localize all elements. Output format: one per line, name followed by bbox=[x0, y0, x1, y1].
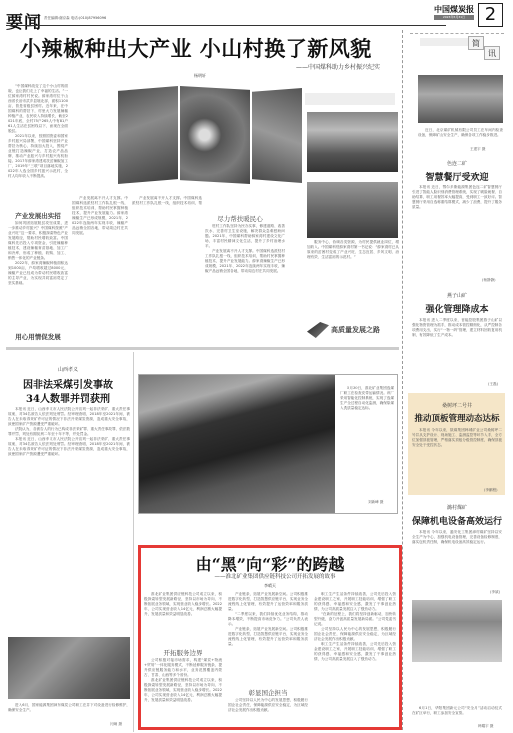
conveyor-photo bbox=[139, 375, 335, 513]
brief-kicker: 燕子山矿 bbox=[410, 292, 504, 299]
brief-title: 强化管理降成本 bbox=[410, 302, 504, 315]
caption: 近日，北京煤矿机械有限公司员工在车间内检查设备，保障矿山安全生产，确保各项工作稳… bbox=[418, 128, 503, 138]
ceremony-photo bbox=[412, 600, 502, 662]
brief-heading-char1: 简 bbox=[468, 36, 484, 50]
series-logo-text: 高质量发展之路 bbox=[331, 325, 380, 335]
paragraph: “在新的征程上，我们将坚持创新驱动，加快转型升级，奋力开创高质量发展新局面。”公… bbox=[314, 612, 396, 627]
story-headline: 因非法采煤引发事故 bbox=[6, 376, 130, 391]
paragraph: 职工生产生活条件持续改善，公司先后投入资金建设职工之家，开展职工技能培训，增强了… bbox=[314, 592, 396, 612]
livestock-photo bbox=[307, 182, 398, 238]
brief-author: (王磊) bbox=[488, 382, 498, 387]
feature-col1: 淮北矿业集团供应链科技公司成立以来，积极探索转型发展新路径，坚持以市场为导向，不… bbox=[144, 592, 222, 644]
caption: 5月30日，淮北矿业集团选煤厂职工在检查皮带运输情况。该厂采用智能化控制系统，实… bbox=[340, 386, 394, 411]
photo-credit: 韩耀宇 摄 bbox=[478, 724, 494, 729]
paragraph: 驻村工作队坚持为民办实事，修建道路、改善饮水、完善村卫生室设施，解决群众急难愁盼… bbox=[205, 224, 285, 249]
paragraph: 本报讯 今年以来，陕煤集团韩城矿业公司桑树坪二号井从支护设计、现场施工、监测监控… bbox=[412, 428, 502, 448]
paragraph: 本报讯 今年以来，潞安化工集团漳村煤矿坚持以安全生产为中心，加强机电设备管理，完… bbox=[412, 530, 502, 545]
paragraph: 产业链条，拓展产业发展新空间。公司积极推进数字化转型，打造智慧供应链平台，实现业… bbox=[228, 627, 308, 647]
lead-col2-text: 产业发展离不开人才支撑。中国煤科选派驻村工作队扎根一线，组织技术培训，帮助村民掌… bbox=[72, 196, 128, 346]
paragraph: 服务中心，协调各类资源，为村民提供就业岗位，增加收入。中国煤科驻薛家湾村第一书记… bbox=[307, 240, 399, 260]
ceremony-caption: 6月1日，华阳集团新元公司“安全月”活动启动仪式在矿区举行，职工参加安全宣誓。 bbox=[412, 706, 502, 724]
paragraph: 产业发展离不开人才支撑。中国煤科选派驻村工作队扎根一线，组织技术培训，帮助村民掌… bbox=[72, 196, 128, 236]
brief-author: (李鹏程) bbox=[484, 488, 498, 493]
chili-photo-left bbox=[118, 86, 178, 184]
brief-body: 本报讯 今年以来，陕煤集团韩城矿业公司桑树坪二号井从支护设计、现场施工、监测监控… bbox=[412, 428, 502, 490]
brief-author: (杨静静) bbox=[482, 278, 496, 283]
paragraph: 公司积极对接市场需求，构建“煤炭+物流+贸易”一体化服务模式，不断延伸服务链条，… bbox=[144, 658, 222, 678]
photo-credit: 闫炯 摄 bbox=[110, 722, 122, 727]
maintenance-photo bbox=[8, 637, 130, 699]
villager-photo bbox=[180, 86, 250, 184]
feature-col1b: 公司积极对接市场需求，构建“煤炭+物流+贸易”一体化服务模式，不断延伸服务链条，… bbox=[144, 658, 222, 726]
paragraph: 本报讯 进入二季度以来，晋能控股集团燕子山矿以强化物资管理为抓手，推动成本管控精… bbox=[412, 318, 502, 338]
brief-author: (李斌) bbox=[490, 590, 500, 595]
caption: 进入6月，国家能源集团神东煤炭公司职工在井下对设备进行检修维护，确保安全生产。 bbox=[8, 703, 130, 713]
brief-kicker: 潞村煤矿 bbox=[410, 504, 504, 511]
series-logo: 高质量发展之路 bbox=[307, 318, 399, 342]
brief-heading-char2: 讯 bbox=[484, 46, 500, 60]
paragraph: 产业发展离不开人才支撑。中国煤科选派驻村工作队扎根一线，组织技术培训，帮助村民掌… bbox=[205, 249, 285, 274]
feature-col2c: 公司坚持以人民为中心的发展思想，积极履行国企社会责任，保障能源供应安全稳定，为区… bbox=[228, 698, 308, 726]
maintenance-caption: 进入6月，国家能源集团神东煤炭公司职工在井下对设备进行检修维护，确保安全生产。 bbox=[8, 703, 130, 717]
chili-photo-right bbox=[252, 88, 302, 183]
lead-headline: 小辣椒种出大产业 小山村换了新风貌 bbox=[20, 33, 400, 63]
section-heading: 尽力帮扶暖民心 bbox=[200, 214, 280, 223]
paragraph: 本报讯 近日，山西孝义市人民法院公开宣判一起非法采矿、重大责任事故案，对34名被… bbox=[8, 407, 130, 427]
brief-title: 推动顶板管理动态达标 bbox=[410, 412, 504, 424]
briefs-photo-caption: 近日，北京煤矿机械有限公司员工在车间内检查设备，保障矿山安全生产，确保各项工作稳… bbox=[418, 128, 503, 148]
lead-col3-text: 服务中心，协调各类资源，为村民提供就业岗位，增加收入。中国煤科驻薛家湾村第一书记… bbox=[307, 240, 399, 312]
lead-byline: 杨明轩 bbox=[180, 73, 220, 79]
section-divider bbox=[6, 347, 399, 350]
brief-body: 本报讯 近日，鄂尔多斯能源集团色连二矿智慧餐厅引进了智能人脸识别消费管理系统，实… bbox=[412, 185, 502, 277]
paragraph: 产业发展离不开人才支撑。中国煤科选派驻村工作队扎根一线，组织技术培训，帮助村民掌… bbox=[132, 196, 202, 206]
lead-intro: “中国煤科改变了这个小山村的面貌，也让我们走上了幸福的生活。”一位薛家湾村村民说… bbox=[8, 84, 68, 134]
paragraph: 法院认为，各被告人的行为已构成非法采矿罪、重大责任事故罪，依法数罪并罚，判处有期… bbox=[8, 427, 130, 437]
paragraph: 本报讯 近日，鄂尔多斯能源集团色连二矿智慧餐厅引进了智能人脸识别消费管理系统，实… bbox=[412, 185, 502, 210]
conveyor-caption: 5月30日，淮北矿业集团选煤厂职工在检查皮带运输情况。该厂采用智能化控制系统，实… bbox=[340, 386, 394, 496]
issue-date: 2023年5月31日 bbox=[434, 15, 474, 20]
brief-body: 本报讯 今年以来，潞安化工集团漳村煤矿坚持以安全生产为中心，加强机电设备管理，完… bbox=[412, 530, 502, 588]
lead-section3-text: 驻村工作队坚持为民办实事，修建道路、改善饮水、完善村卫生室设施，解决群众急难愁盼… bbox=[205, 224, 285, 344]
paragraph: “二季度以来，我们持续优化业务结构，推动降本增效，不断提高市场竞争力。”公司负责… bbox=[228, 612, 308, 627]
feature-col3: 职工生产生活条件持续改善，公司先后投入资金建设职工之家，开展职工技能培训，增强了… bbox=[314, 592, 396, 726]
page-number: 2 bbox=[478, 3, 503, 27]
section-title: 要闻 bbox=[6, 8, 42, 33]
paragraph: 2022年，薛家湾辣椒种植面积达到1000亩，户均增收超过8000元，辣椒产业已… bbox=[8, 261, 68, 286]
section-heading: 用心用情促发展 bbox=[8, 332, 68, 341]
story-headline: 34人数罪并罚获刑 bbox=[6, 390, 130, 405]
brush-icon bbox=[307, 322, 329, 338]
section-heading: 彰显国企担当 bbox=[228, 688, 308, 697]
paragraph: 公司坚持以人民为中心的发展思想，积极履行国企社会责任，保障能源供应安全稳定，为区… bbox=[228, 698, 308, 713]
section-heading: 产业发展出实招 bbox=[8, 211, 68, 220]
newspaper-brand: 中国煤炭报 bbox=[434, 4, 474, 15]
story-kicker: 山西孝义 bbox=[6, 366, 130, 373]
section-heading: 开拓服务边界 bbox=[144, 648, 222, 657]
paragraph: 淮北矿业集团供应链科技公司成立以来，积极探索转型发展新路径，坚持以市场为导向，不… bbox=[144, 678, 222, 703]
editor-meta: 责任编辑:谢京森 电话:(010)87956096 bbox=[44, 16, 106, 21]
photo-credit: 刘新峰 摄 bbox=[368, 500, 384, 505]
lead-col2b-text: 产业发展离不开人才支撑。中国煤科选派驻村工作队扎根一线，组织技术培训，帮助村民掌… bbox=[132, 196, 202, 206]
feature-subheadline: ——淮北矿业集团供应链科技公司开拓发展的故事 bbox=[160, 572, 390, 580]
paragraph: 本报讯 近日，山西孝义市人民法院公开宣判一起非法采矿、重大责任事故案，对34名被… bbox=[8, 437, 130, 457]
caption: 6月1日，华阳集团新元公司“安全月”活动启动仪式在矿区举行，职工参加安全宣誓。 bbox=[412, 706, 502, 716]
photo-banner bbox=[305, 93, 395, 105]
column-divider bbox=[402, 30, 403, 730]
photo-credit: 王建宇 摄 bbox=[470, 147, 486, 152]
brief-title: 保障机电设备高效运行 bbox=[410, 514, 504, 527]
lead-intro-text: “中国煤科改变了这个小山村的面貌，也让我们走上了幸福的生活。”一位薛家湾村村民说… bbox=[8, 84, 68, 206]
briefs-header: 简 讯 bbox=[410, 33, 504, 63]
factory-photo bbox=[307, 112, 398, 172]
brief-body: 本报讯 进入二季度以来，晋能控股集团燕子山矿以强化物资管理为抓手，推动成本管控精… bbox=[412, 318, 502, 380]
paragraph: 如何巩固拓展脱贫攻坚成果，进一步推动乡村振兴？中国煤科按照“产业兴旺”这一要求，… bbox=[8, 221, 68, 261]
shanxi-body: 本报讯 近日，山西孝义市人民法院公开宣判一起非法采矿、重大责任事故案，对34名被… bbox=[8, 407, 130, 617]
brief-kicker: 色连二矿 bbox=[410, 160, 504, 167]
lead-para2: 2021年以来，按照国资委和国家乡村振兴局部署，中国煤科坚持产业帮扶为核心，持续… bbox=[8, 134, 68, 179]
paragraph: 职工生产生活条件持续改善，公司先后投入资金建设职工之家，开展职工技能培训，增强了… bbox=[314, 642, 396, 662]
lead-section1-text: 如何巩固拓展脱贫攻坚成果，进一步推动乡村振兴？中国煤科按照“产业兴旺”这一要求，… bbox=[8, 221, 68, 329]
header-deco bbox=[420, 38, 470, 46]
brief-title: 智慧餐厅受欢迎 bbox=[410, 170, 504, 183]
briefs-photo bbox=[418, 75, 503, 123]
brief-kicker: 桑树坪二号井 bbox=[410, 402, 504, 409]
feature-byline: 李晴天 bbox=[250, 583, 290, 589]
paragraph: 产业链条，拓展产业发展新空间。公司积极推进数字化转型，打造智慧供应链平台，实现业… bbox=[228, 592, 308, 612]
paragraph: 淮北矿业集团供应链科技公司成立以来，积极探索转型发展新路径，坚持以市场为导向，不… bbox=[144, 592, 222, 617]
lead-subheadline: ——中国煤科助力乡村振兴纪实 bbox=[150, 62, 380, 71]
header-rule bbox=[6, 25, 446, 26]
feature-col2: 产业链条，拓展产业发展新空间。公司积极推进数字化转型，打造智慧供应链平台，实现业… bbox=[228, 592, 308, 682]
paragraph: 公司坚持以人民为中心的发展思想，积极履行国企社会责任，保障能源供应安全稳定，为区… bbox=[314, 627, 396, 642]
column-divider bbox=[133, 352, 134, 732]
